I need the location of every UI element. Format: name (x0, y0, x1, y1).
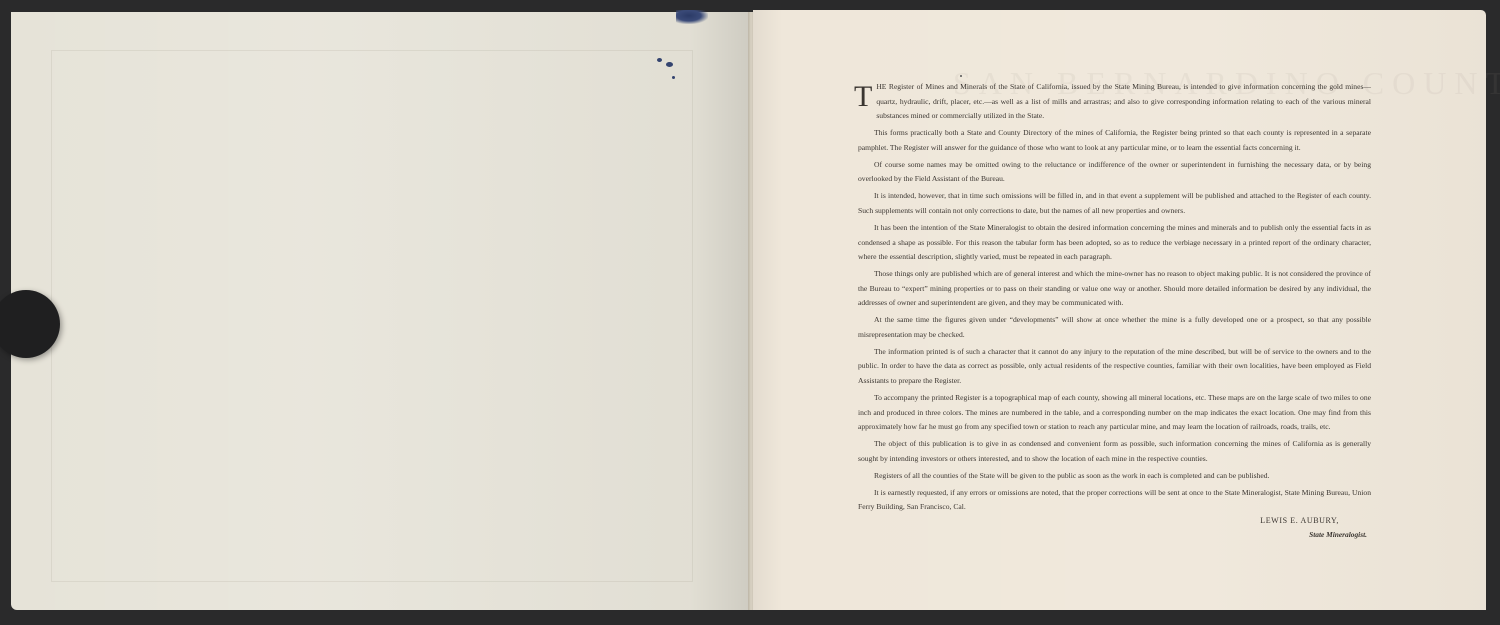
right-page: SAN BERNARDINO COUNTY THE Register of Mi… (753, 10, 1486, 610)
dropcap-letter: T (854, 84, 872, 110)
paragraph-6: Those things only are published which ar… (858, 267, 1371, 311)
paragraph-8: The information printed is of such a cha… (858, 345, 1371, 389)
paragraph-11: Registers of all the counties of the Sta… (858, 469, 1371, 484)
introduction-text: THE Register of Mines and Minerals of th… (858, 80, 1371, 517)
signature-block: LEWIS E. AUBURY, State Mineralogist. (858, 514, 1371, 542)
paragraph-5: It has been the intention of the State M… (858, 221, 1371, 265)
left-page-faint-frame (51, 50, 693, 582)
paragraph-7: At the same time the figures given under… (858, 313, 1371, 342)
signatory-title: State Mineralogist. (858, 528, 1371, 542)
left-page-blank (11, 12, 749, 610)
paragraph-3: Of course some names may be omitted owin… (858, 158, 1371, 187)
ink-speck (666, 62, 673, 67)
paragraph-9: To accompany the printed Register is a t… (858, 391, 1371, 435)
paragraph-2: This forms practically both a State and … (858, 126, 1371, 155)
paragraph-12: It is earnestly requested, if any errors… (858, 486, 1371, 515)
paragraph-1: THE Register of Mines and Minerals of th… (858, 80, 1371, 124)
scan-scene: SAN BERNARDINO COUNTY THE Register of Mi… (0, 0, 1500, 625)
ink-blot-mark (676, 10, 708, 24)
signatory-name: LEWIS E. AUBURY, (858, 514, 1371, 528)
paragraph-4: It is intended, however, that in time su… (858, 189, 1371, 218)
paragraph-10: The object of this publication is to giv… (858, 437, 1371, 466)
ink-speck (672, 76, 675, 79)
ink-speck (657, 58, 662, 62)
paragraph-1-text: HE Register of Mines and Minerals of the… (876, 82, 1371, 120)
print-speck (960, 75, 962, 77)
